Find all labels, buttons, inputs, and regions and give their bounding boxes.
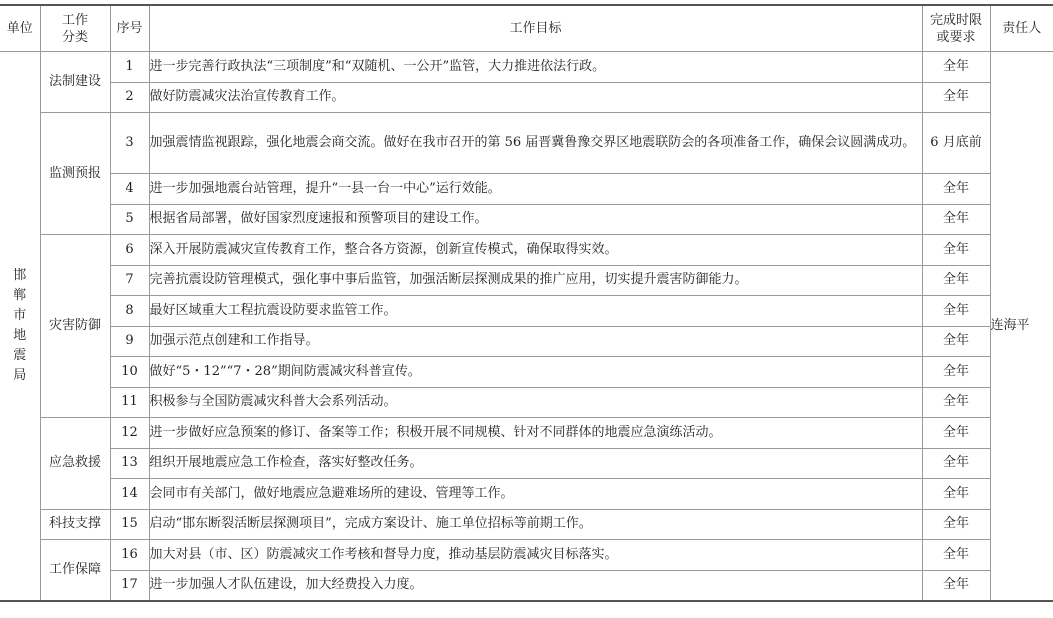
deadline-cell: 全年 xyxy=(922,570,990,601)
header-deadline-line1: 完成时限 xyxy=(930,13,982,28)
deadline-cell: 全年 xyxy=(922,540,990,571)
deadline-cell: 全年 xyxy=(922,357,990,388)
header-owner: 责任人 xyxy=(990,5,1053,52)
owner-cell: 连海平 xyxy=(990,52,1053,601)
seq-cell: 6 xyxy=(110,235,149,266)
goal-cell: 做好防震减灾法治宣传教育工作。 xyxy=(149,82,922,113)
header-seq: 序号 xyxy=(110,5,149,52)
deadline-cell: 全年 xyxy=(922,296,990,327)
seq-cell: 10 xyxy=(110,357,149,388)
seq-cell: 15 xyxy=(110,509,149,540)
seq-cell: 9 xyxy=(110,326,149,357)
unit-name: 邯郸市地震局 xyxy=(13,266,27,386)
header-category: 工作分类 xyxy=(40,5,110,52)
goal-cell: 加大对县（市、区）防震减灾工作考核和督导力度，推动基层防震减灾目标落实。 xyxy=(149,540,922,571)
seq-cell: 11 xyxy=(110,387,149,418)
seq-cell: 5 xyxy=(110,204,149,235)
goal-cell: 会同市有关部门，做好地震应急避难场所的建设、管理等工作。 xyxy=(149,479,922,510)
table-row: 邯郸市地震局 法制建设 1 进一步完善行政执法“三项制度”和“双随机、一公开”监… xyxy=(0,52,1053,83)
table-row: 11 积极参与全国防震减灾科普大会系列活动。 全年 xyxy=(0,387,1053,418)
table-row: 7 完善抗震设防管理模式，强化事中事后监管，加强活断层探测成果的推广应用，切实提… xyxy=(0,265,1053,296)
category-cell: 科技支撑 xyxy=(40,509,110,540)
deadline-cell: 全年 xyxy=(922,235,990,266)
table-row: 监测预报 3 加强震情监视跟踪，强化地震会商交流。做好在我市召开的第 56 届晋… xyxy=(0,113,1053,174)
seq-cell: 8 xyxy=(110,296,149,327)
seq-cell: 2 xyxy=(110,82,149,113)
deadline-cell: 全年 xyxy=(922,479,990,510)
table-row: 2 做好防震减灾法治宣传教育工作。 全年 xyxy=(0,82,1053,113)
table-row: 10 做好“5・12”“7・28”期间防震减灾科普宣传。 全年 xyxy=(0,357,1053,388)
category-cell: 应急救援 xyxy=(40,418,110,510)
goal-cell: 积极参与全国防震减灾科普大会系列活动。 xyxy=(149,387,922,418)
deadline-cell: 全年 xyxy=(922,418,990,449)
work-goals-table: 单位 工作分类 序号 工作目标 完成时限或要求 责任人 邯郸市地震局 法制建设 … xyxy=(0,4,1053,602)
seq-cell: 17 xyxy=(110,570,149,601)
category-cell: 工作保障 xyxy=(40,540,110,601)
seq-cell: 1 xyxy=(110,52,149,83)
deadline-cell: 全年 xyxy=(922,174,990,205)
goal-cell: 加强震情监视跟踪，强化地震会商交流。做好在我市召开的第 56 届晋冀鲁豫交界区地… xyxy=(149,113,922,174)
deadline-cell: 全年 xyxy=(922,387,990,418)
goal-cell: 深入开展防震减灾宣传教育工作，整合各方资源，创新宣传模式，确保取得实效。 xyxy=(149,235,922,266)
table-row: 9 加强示范点创建和工作指导。 全年 xyxy=(0,326,1053,357)
deadline-cell: 全年 xyxy=(922,509,990,540)
seq-cell: 14 xyxy=(110,479,149,510)
deadline-cell: 全年 xyxy=(922,204,990,235)
category-cell: 法制建设 xyxy=(40,52,110,113)
goal-cell: 组织开展地震应急工作检查，落实好整改任务。 xyxy=(149,448,922,479)
unit-cell: 邯郸市地震局 xyxy=(0,52,40,601)
goal-cell: 进一步加强人才队伍建设，加大经费投入力度。 xyxy=(149,570,922,601)
seq-cell: 7 xyxy=(110,265,149,296)
table-row: 13 组织开展地震应急工作检查，落实好整改任务。 全年 xyxy=(0,448,1053,479)
deadline-cell: 全年 xyxy=(922,448,990,479)
table-row: 应急救援 12 进一步做好应急预案的修订、备案等工作；积极开展不同规模、针对不同… xyxy=(0,418,1053,449)
seq-cell: 12 xyxy=(110,418,149,449)
goal-cell: 最好区域重大工程抗震设防要求监管工作。 xyxy=(149,296,922,327)
category-cell: 监测预报 xyxy=(40,113,110,235)
table-row: 14 会同市有关部门，做好地震应急避难场所的建设、管理等工作。 全年 xyxy=(0,479,1053,510)
header-goal: 工作目标 xyxy=(149,5,922,52)
goal-cell: 启动“邯东断裂活断层探测项目”，完成方案设计、施工单位招标等前期工作。 xyxy=(149,509,922,540)
header-row: 单位 工作分类 序号 工作目标 完成时限或要求 责任人 xyxy=(0,5,1053,52)
header-deadline: 完成时限或要求 xyxy=(922,5,990,52)
header-category-line2: 分类 xyxy=(62,30,88,45)
goal-cell: 进一步加强地震台站管理，提升“一县一台一中心”运行效能。 xyxy=(149,174,922,205)
deadline-cell: 6 月底前 xyxy=(922,113,990,174)
seq-cell: 13 xyxy=(110,448,149,479)
seq-cell: 4 xyxy=(110,174,149,205)
goal-cell: 进一步完善行政执法“三项制度”和“双随机、一公开”监管，大力推进依法行政。 xyxy=(149,52,922,83)
deadline-cell: 全年 xyxy=(922,52,990,83)
table-row: 5 根据省局部署，做好国家烈度速报和预警项目的建设工作。 全年 xyxy=(0,204,1053,235)
table-row: 4 进一步加强地震台站管理，提升“一县一台一中心”运行效能。 全年 xyxy=(0,174,1053,205)
goal-cell: 做好“5・12”“7・28”期间防震减灾科普宣传。 xyxy=(149,357,922,388)
seq-cell: 3 xyxy=(110,113,149,174)
table-row: 17 进一步加强人才队伍建设，加大经费投入力度。 全年 xyxy=(0,570,1053,601)
header-deadline-line2: 或要求 xyxy=(936,30,975,45)
table-row: 科技支撑 15 启动“邯东断裂活断层探测项目”，完成方案设计、施工单位招标等前期… xyxy=(0,509,1053,540)
deadline-cell: 全年 xyxy=(922,265,990,296)
deadline-cell: 全年 xyxy=(922,82,990,113)
goal-cell: 完善抗震设防管理模式，强化事中事后监管，加强活断层探测成果的推广应用，切实提升震… xyxy=(149,265,922,296)
header-category-line1: 工作 xyxy=(62,13,88,28)
goal-cell: 加强示范点创建和工作指导。 xyxy=(149,326,922,357)
seq-cell: 16 xyxy=(110,540,149,571)
table-row: 工作保障 16 加大对县（市、区）防震减灾工作考核和督导力度，推动基层防震减灾目… xyxy=(0,540,1053,571)
table-row: 8 最好区域重大工程抗震设防要求监管工作。 全年 xyxy=(0,296,1053,327)
table-row: 灾害防御 6 深入开展防震减灾宣传教育工作，整合各方资源，创新宣传模式，确保取得… xyxy=(0,235,1053,266)
header-unit: 单位 xyxy=(0,5,40,52)
deadline-cell: 全年 xyxy=(922,326,990,357)
category-cell: 灾害防御 xyxy=(40,235,110,418)
goal-cell: 根据省局部署，做好国家烈度速报和预警项目的建设工作。 xyxy=(149,204,922,235)
goal-cell: 进一步做好应急预案的修订、备案等工作；积极开展不同规模、针对不同群体的地震应急演… xyxy=(149,418,922,449)
